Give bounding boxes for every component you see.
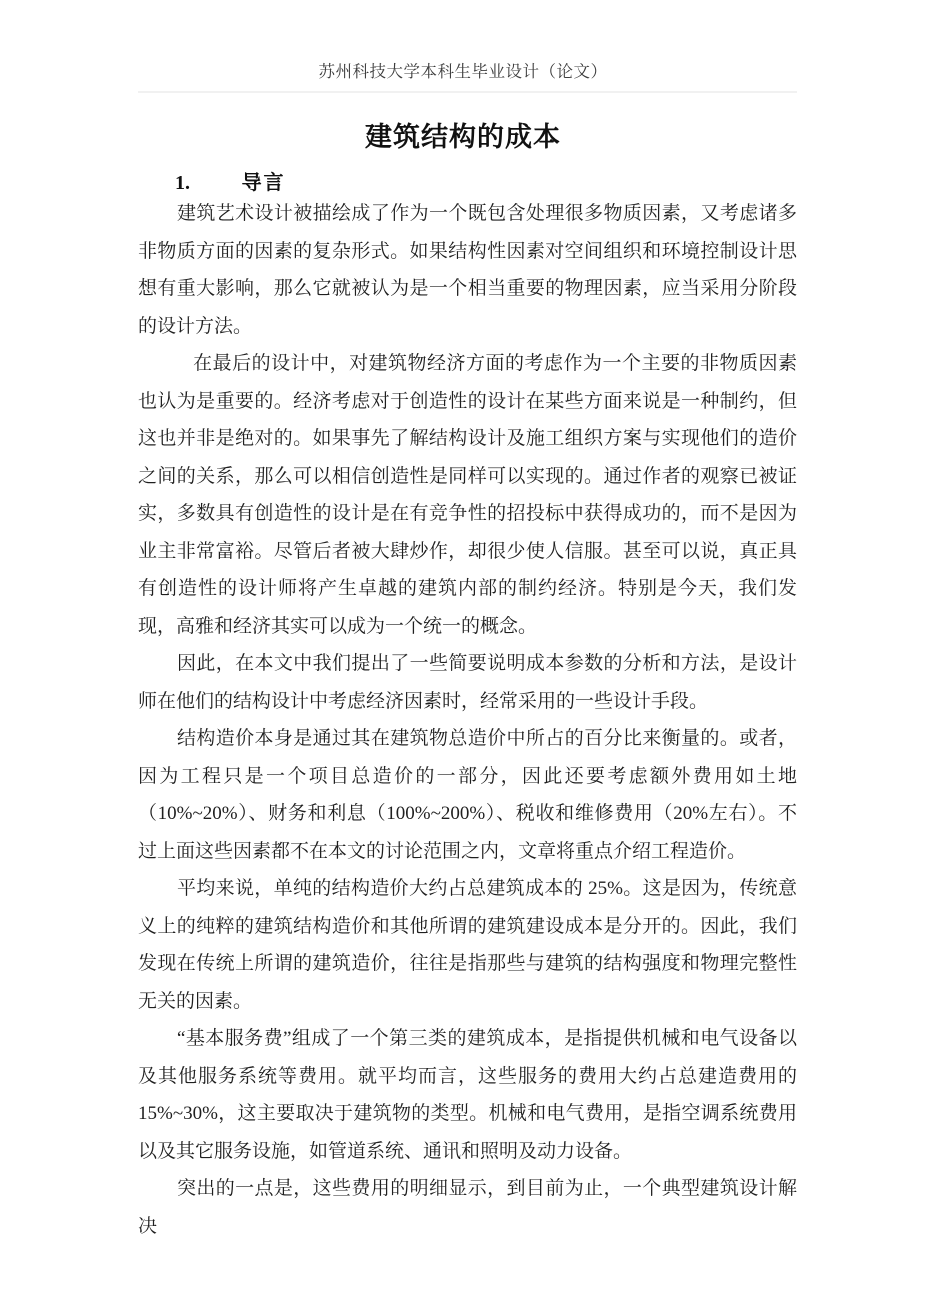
section-number: 1. [175,171,190,195]
body-paragraph-2: 在最后的设计中，对建筑物经济方面的考虑作为一个主要的非物质因素也认为是重要的。经… [138,345,797,645]
section-heading: 1. 导言 [175,171,797,195]
document-body: 建筑艺术设计被描绘成了作为一个既包含处理很多物质因素，又考虑诸多非物质方面的因素… [138,195,797,1245]
document-page: 苏州科技大学本科生毕业设计（论文） 建筑结构的成本 1. 导言 建筑艺术设计被描… [0,0,926,1309]
body-paragraph-4: 结构造价本身是通过其在建筑物总造价中所占的百分比来衡量的。或者，因为工程只是一个… [138,720,797,870]
document-title: 建筑结构的成本 [0,120,926,154]
body-paragraph-3: 因此，在本文中我们提出了一些简要说明成本参数的分析和方法，是设计师在他们的结构设… [138,645,797,720]
body-paragraph-7: 突出的一点是，这些费用的明细显示，到目前为止，一个典型建筑设计解决 [138,1170,797,1245]
body-paragraph-1: 建筑艺术设计被描绘成了作为一个既包含处理很多物质因素，又考虑诸多非物质方面的因素… [138,195,797,345]
running-header: 苏州科技大学本科生毕业设计（论文） [0,0,926,93]
body-paragraph-6: “基本服务费”组成了一个第三类的建筑成本，是指提供机械和电气设备以及其他服务系统… [138,1020,797,1170]
running-header-text: 苏州科技大学本科生毕业设计（论文） [0,0,926,82]
body-paragraph-5: 平均来说，单纯的结构造价大约占总建筑成本的 25%。这是因为，传统意义上的纯粹的… [138,870,797,1020]
section-label: 导言 [242,171,286,195]
header-rule [138,91,797,93]
